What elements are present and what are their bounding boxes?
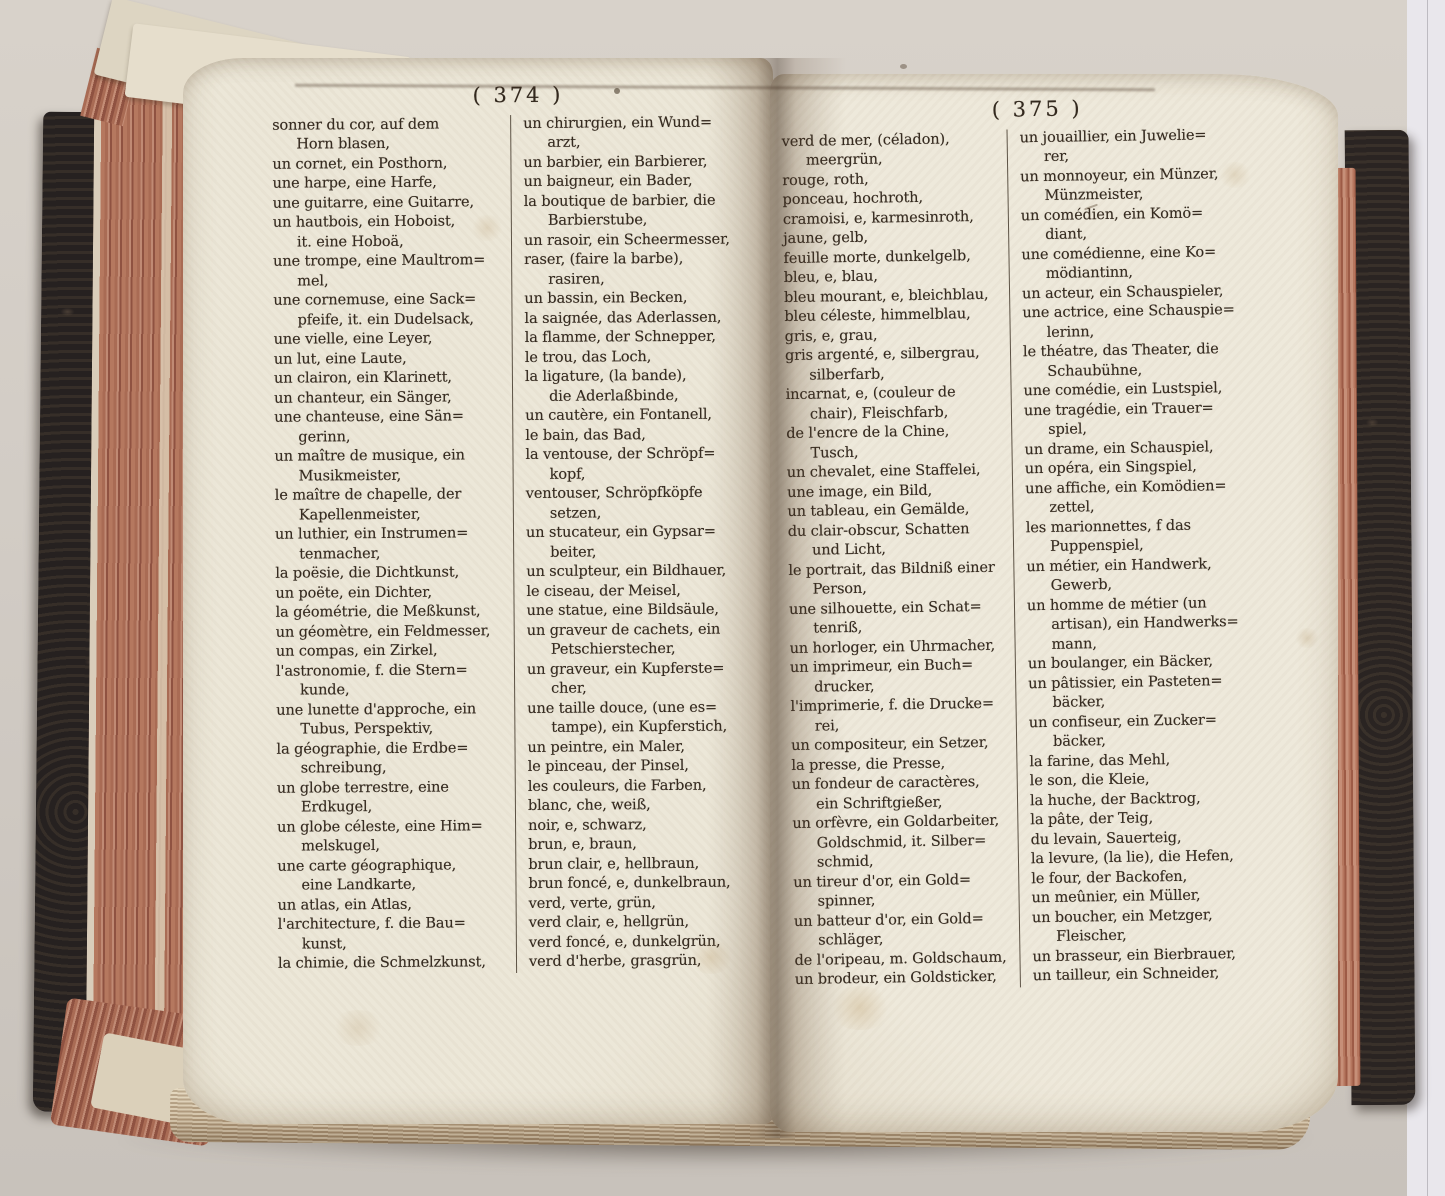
dictionary-line: la flamme, der Schnepper, — [525, 327, 763, 348]
right-page-columns: verd de mer, (céladon),meergrün,rouge, r… — [782, 125, 1307, 991]
dictionary-line: la géométrie, die Meßkunst, — [276, 602, 514, 623]
dictionary-line: une cornemuse, eine Sack= — [273, 290, 511, 311]
dictionary-line: kunst, — [278, 934, 516, 955]
left-page: ( 374 ) sonner du cor, auf demHorn blase… — [183, 58, 773, 1124]
dictionary-line: un chirurgien, ein Wund= — [523, 113, 761, 134]
stain — [900, 64, 907, 69]
dictionary-line: la géographie, die Erdbe= — [276, 739, 514, 760]
dictionary-line: melskugel, — [277, 836, 515, 857]
dictionary-line: Musikmeister, — [275, 466, 513, 487]
dictionary-line: l'architecture, f. die Bau= — [278, 914, 516, 935]
dictionary-line: un globe céleste, eine Him= — [277, 817, 515, 838]
dictionary-line: noir, e, schwarz, — [528, 815, 766, 836]
dictionary-line: une vielle, eine Leyer, — [274, 329, 512, 350]
dictionary-line: cher, — [527, 678, 765, 699]
dictionary-line: verd clair, e, hellgrün, — [529, 912, 767, 933]
dictionary-line: l'imprimerie, f. die Drucke= — [790, 694, 1015, 717]
dictionary-line: un compositeur, ein Setzer, — [791, 733, 1016, 756]
dictionary-line: le trou, das Loch, — [525, 347, 763, 368]
dictionary-line: arzt, — [523, 132, 761, 153]
dictionary-line: un géomètre, ein Feldmesser, — [276, 622, 514, 643]
dictionary-line: un graveur de cachets, ein — [527, 620, 765, 641]
dictionary-line: Erdkugel, — [277, 797, 515, 818]
dictionary-line: verd foncé, e, dunkelgrün, — [529, 932, 767, 953]
dictionary-line: une lunette d'approche, ein — [276, 700, 514, 721]
text-column: un jouaillier, ein Juwelie=rer,un monnoy… — [1006, 125, 1304, 987]
dictionary-line: un sculpteur, ein Bildhauer, — [526, 561, 764, 582]
dictionary-line: l'astronomie, f. die Stern= — [276, 661, 514, 682]
dictionary-line: tenmacher, — [275, 544, 513, 565]
dictionary-line: le maître de chapelle, der — [275, 485, 513, 506]
dictionary-line: un peintre, ein Maler, — [527, 737, 765, 758]
backdrop-crease — [1427, 0, 1428, 1196]
dictionary-line: verd, verte, grün, — [529, 893, 767, 914]
dictionary-line: la poësie, die Dichtkunst, — [275, 563, 513, 584]
dictionary-line: le bain, das Bad, — [525, 425, 763, 446]
dictionary-line: un hautbois, ein Hoboist, — [273, 212, 511, 233]
dictionary-line: setzen, — [526, 503, 764, 524]
dictionary-line: brun, e, braun, — [528, 834, 766, 855]
dictionary-line: un maître de musique, ein — [274, 446, 512, 467]
dictionary-line: kopf, — [526, 464, 764, 485]
dictionary-line: une chanteuse, eine Sän= — [274, 407, 512, 428]
dictionary-line: les couleurs, die Farben, — [528, 776, 766, 797]
dictionary-line: un chanteur, ein Sänger, — [274, 388, 512, 409]
dictionary-line: un brodeur, ein Goldsticker, — [795, 967, 1020, 990]
dictionary-line: un clairon, ein Klarinett, — [274, 368, 512, 389]
dictionary-line: brun clair, e, hellbraun, — [528, 854, 766, 875]
dictionary-line: un barbier, ein Barbierer, — [523, 152, 761, 173]
photo-backdrop: ( 374 ) sonner du cor, auf demHorn blase… — [0, 0, 1445, 1196]
dictionary-line: un rasoir, ein Scheermesser, — [524, 230, 762, 251]
dictionary-line: un cautère, ein Fontanell, — [525, 405, 763, 426]
dictionary-line: un cornet, ein Posthorn, — [272, 154, 510, 175]
dictionary-line: une trompe, eine Maultrom= — [273, 251, 511, 272]
dictionary-line: raser, (faire la barbe), — [524, 249, 762, 270]
dictionary-line: un horloger, ein Uhrmacher, — [789, 636, 1014, 659]
left-page-columns: sonner du cor, auf demHorn blasen,un cor… — [272, 113, 770, 974]
dictionary-line: un stucateur, ein Gypsar= — [526, 522, 764, 543]
left-page-content: ( 374 ) sonner du cor, auf demHorn blase… — [272, 84, 770, 974]
dictionary-line: la boutique de barbier, die — [524, 191, 762, 212]
dictionary-line: blanc, che, weiß, — [528, 795, 766, 816]
dictionary-line: die Aderlaßbinde, — [525, 386, 763, 407]
dictionary-line: un lut, eine Laute, — [274, 349, 512, 370]
dictionary-line: une guitarre, eine Guitarre, — [273, 193, 511, 214]
dictionary-line: kunde, — [276, 680, 514, 701]
dictionary-line: un baigneur, ein Bader, — [524, 171, 762, 192]
dictionary-line: le pinceau, der Pinsel, — [528, 756, 766, 777]
dictionary-line: pfeife, it. ein Dudelsack, — [273, 310, 511, 331]
dictionary-line: un luthier, ein Instrumen= — [275, 524, 513, 545]
dictionary-line: Barbierstube, — [524, 210, 762, 231]
dictionary-line: verd d'herbe, grasgrün, — [529, 951, 767, 972]
dictionary-line: une statue, eine Bildsäule, — [527, 600, 765, 621]
dictionary-line: sonner du cor, auf dem — [272, 115, 510, 136]
right-page: ( 375 ) verd de mer, (céladon),meergrün,… — [770, 74, 1338, 1132]
text-column: sonner du cor, auf demHorn blasen,un cor… — [272, 115, 516, 975]
dictionary-line: une taille douce, (une es= — [527, 698, 765, 719]
dictionary-line: une harpe, eine Harfe, — [273, 173, 511, 194]
dictionary-line: rasiren, — [524, 269, 762, 290]
dictionary-line: Kapellenmeister, — [275, 505, 513, 526]
dictionary-line: un poëte, ein Dichter, — [275, 583, 513, 604]
dictionary-line: Goldschmid, it. Silber= — [793, 831, 1018, 854]
dictionary-line: eine Landkarte, — [277, 875, 515, 896]
dictionary-line: la saignée, das Aderlassen, — [524, 308, 762, 329]
dictionary-line: tampe), ein Kupferstich, — [527, 717, 765, 738]
right-page-content: ( 375 ) verd de mer, (céladon),meergrün,… — [781, 96, 1307, 990]
dictionary-line: un compas, ein Zirkel, — [276, 641, 514, 662]
dictionary-line: un atlas, ein Atlas, — [278, 895, 516, 916]
dictionary-line: le ciseau, der Meisel, — [526, 581, 764, 602]
dictionary-line: Petschierstecher, — [527, 639, 765, 660]
dictionary-line: la ventouse, der Schröpf= — [525, 444, 763, 465]
text-column: verd de mer, (céladon),meergrün,rouge, r… — [782, 129, 1020, 990]
dictionary-line: bleu mourant, e, bleichblau, — [784, 285, 1009, 308]
dictionary-line: la chimie, die Schmelzkunst, — [278, 953, 516, 974]
text-column: un chirurgien, ein Wund=arzt,un barbier,… — [510, 113, 767, 973]
dictionary-line: un chevalet, eine Staffelei, — [787, 460, 1012, 483]
dictionary-line: mel, — [273, 271, 511, 292]
dictionary-line: gerinn, — [274, 427, 512, 448]
dictionary-line: it. eine Hoboä, — [273, 232, 511, 253]
dictionary-line: beiter, — [526, 542, 764, 563]
dictionary-line: un tailleur, ein Schneider, — [1033, 963, 1305, 987]
dictionary-line: un graveur, ein Kupferste= — [527, 659, 765, 680]
dictionary-line: brun foncé, e, dunkelbraun, — [528, 873, 766, 894]
dictionary-line: schreibung, — [277, 758, 515, 779]
dictionary-line: ventouser, Schröpfköpfe — [526, 483, 764, 504]
dictionary-line: gris argenté, e, silbergrau, — [785, 344, 1010, 367]
dictionary-line: une carte géographique, — [277, 856, 515, 877]
dictionary-line: Horn blasen, — [272, 134, 510, 155]
dictionary-line: une silhouette, ein Schat= — [789, 597, 1014, 620]
dictionary-line: un globe terrestre, eine — [277, 778, 515, 799]
dictionary-line: la ligature, (la bande), — [525, 366, 763, 387]
page-number-375: ( 375 ) — [781, 96, 1293, 124]
dictionary-line: un bassin, ein Becken, — [524, 288, 762, 309]
dictionary-line: Tubus, Perspektiv, — [276, 719, 514, 740]
dictionary-line: le portrait, das Bildniß einer — [788, 558, 1013, 581]
